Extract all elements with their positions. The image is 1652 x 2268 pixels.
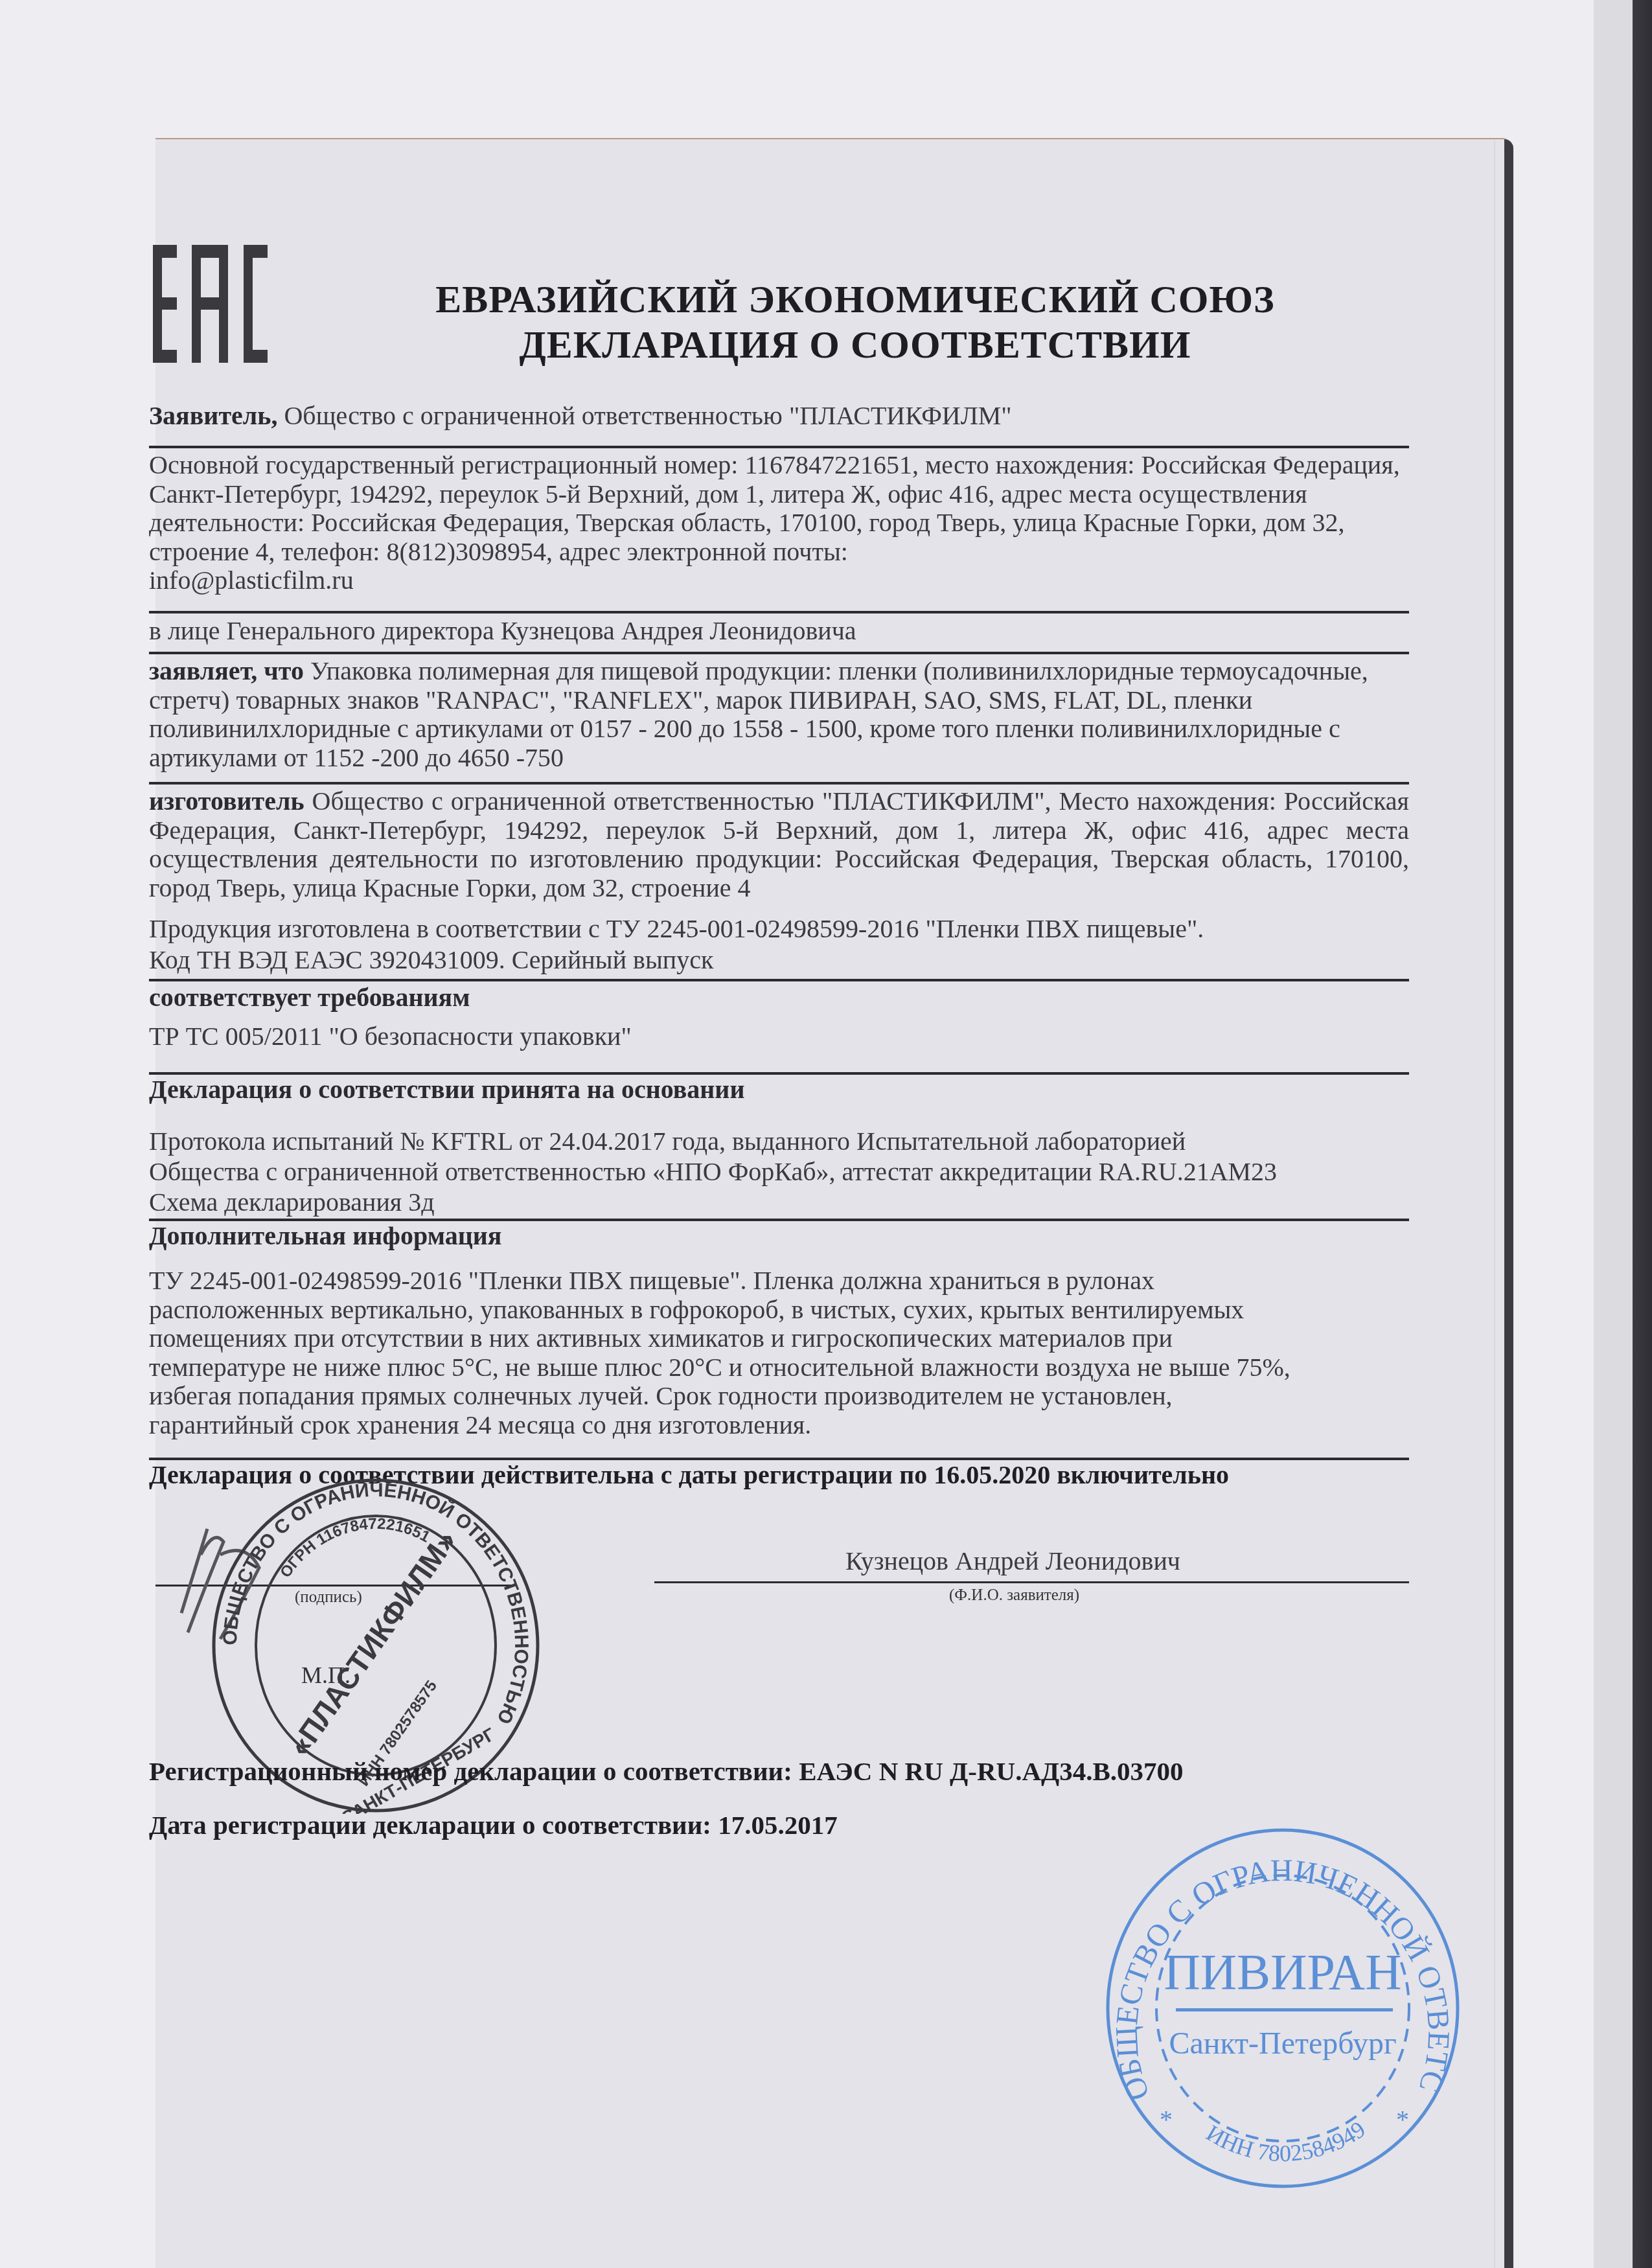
manufacturer-details: Общество с ограниченной ответственностью…	[149, 786, 1409, 902]
applicant-signatory-name: Кузнецов Андрей Леонидович	[845, 1547, 1299, 1576]
registration-date-label: Дата регистрации декларации о соответств…	[149, 1810, 711, 1840]
registration-number-line: Регистрационный номер декларации о соотв…	[149, 1757, 1409, 1786]
name-line	[654, 1581, 1409, 1583]
registrar-company-stamp: ОБЩЕСТВО С ОГРАНИЧЕННОЙ ОТВЕТСТВЕННОСТЬЮ…	[1101, 1824, 1464, 2193]
manufacturer-block: изготовитель Общество с ограниченной отв…	[149, 787, 1409, 902]
representative-name: Генерального директора Кузнецова Андрея …	[226, 616, 856, 645]
eac-logo-icon	[153, 245, 270, 368]
divider	[149, 652, 1409, 654]
svg-text:*: *	[1160, 2105, 1173, 2134]
applicant-line: Заявитель, Общество с ограниченной ответ…	[149, 402, 1409, 431]
registration-number: ЕАЭС N RU Д-RU.АД34.В.03700	[799, 1756, 1183, 1786]
svg-text:«ПЛАСТИКФИЛМ»: «ПЛАСТИКФИЛМ»	[282, 1524, 463, 1762]
svg-text:*: *	[1396, 2105, 1409, 2134]
technical-regulation: ТР ТС 005/2011 "О безопасности упаковки"	[149, 1022, 1409, 1051]
info-line: температуре не ниже плюс 5°С, не выше пл…	[149, 1353, 1409, 1382]
name-caption: (Ф.И.О. заявителя)	[949, 1586, 1079, 1605]
additional-info-label: Дополнительная информация	[149, 1222, 1409, 1251]
svg-text:Санкт-Петербург: Санкт-Петербург	[1169, 2026, 1396, 2061]
manufacturer-label: изготовитель	[149, 786, 304, 816]
applicant-label: Заявитель,	[149, 401, 277, 430]
info-line: расположенных вертикально, упакованных в…	[149, 1296, 1409, 1325]
declaration-subject: заявляет, что Упаковка полимерная для пи…	[149, 657, 1409, 772]
divider	[149, 782, 1409, 785]
representative-label: в лице	[149, 616, 220, 645]
test-protocol: Протокола испытаний № KFTRL от 24.04.201…	[149, 1127, 1409, 1156]
union-title: ЕВРАЗИЙСКИЙ ЭКОНОМИЧЕСКИЙ СОЮЗ	[363, 277, 1348, 322]
manufacturer-standard: Продукция изготовлена в соответствии с Т…	[149, 915, 1409, 944]
document-title: ДЕКЛАРАЦИЯ О СООТВЕТСТВИИ	[363, 323, 1348, 367]
declaration-scheme: Схема декларирования 3д	[149, 1188, 1409, 1217]
applicant-email: info@plasticfilm.ru	[149, 566, 354, 595]
representative-line: в лице Генерального директора Кузнецова …	[149, 617, 1409, 646]
hs-code: Код ТН ВЭД ЕАЭС 3920431009. Серийный вып…	[149, 946, 1409, 975]
product-description: Упаковка полимерная для пищевой продукци…	[149, 656, 1368, 772]
info-line: гарантийный срок хранения 24 месяца со д…	[149, 1411, 1409, 1440]
applicant-details: Основной государственный регистрационный…	[149, 451, 1409, 595]
info-line: ТУ 2245-001-02498599-2016 "Пленки ПВХ пи…	[149, 1266, 1409, 1296]
conformity-label: соответствует требованиям	[149, 983, 1409, 1013]
fold-line	[1494, 140, 1495, 2268]
info-line: избегая попадания прямых солнечных лучей…	[149, 1382, 1409, 1411]
scanner-edge	[1594, 0, 1652, 2268]
basis-label: Декларация о соответствии принята на осн…	[149, 1075, 1409, 1105]
info-line: помещениях при отсутствии в них активных…	[149, 1324, 1409, 1353]
registration-date: 17.05.2017	[718, 1810, 838, 1840]
divider	[149, 979, 1409, 981]
svg-text:ИНН 7802584949: ИНН 7802584949	[1202, 2116, 1370, 2166]
applicant-address: Основной государственный регистрационный…	[149, 450, 1400, 566]
divider	[149, 611, 1409, 613]
declares-label: заявляет, что	[149, 656, 304, 685]
laboratory: Общества с ограниченной ответственностью…	[149, 1158, 1409, 1187]
divider	[149, 446, 1409, 448]
registration-number-label: Регистрационный номер декларации о соотв…	[149, 1756, 792, 1786]
applicant-name: Общество с ограниченной ответственностью…	[284, 401, 1011, 430]
svg-text:ПИВИРАН: ПИВИРАН	[1164, 1943, 1401, 2000]
additional-info-text: ТУ 2245-001-02498599-2016 "Пленки ПВХ пи…	[149, 1266, 1409, 1439]
